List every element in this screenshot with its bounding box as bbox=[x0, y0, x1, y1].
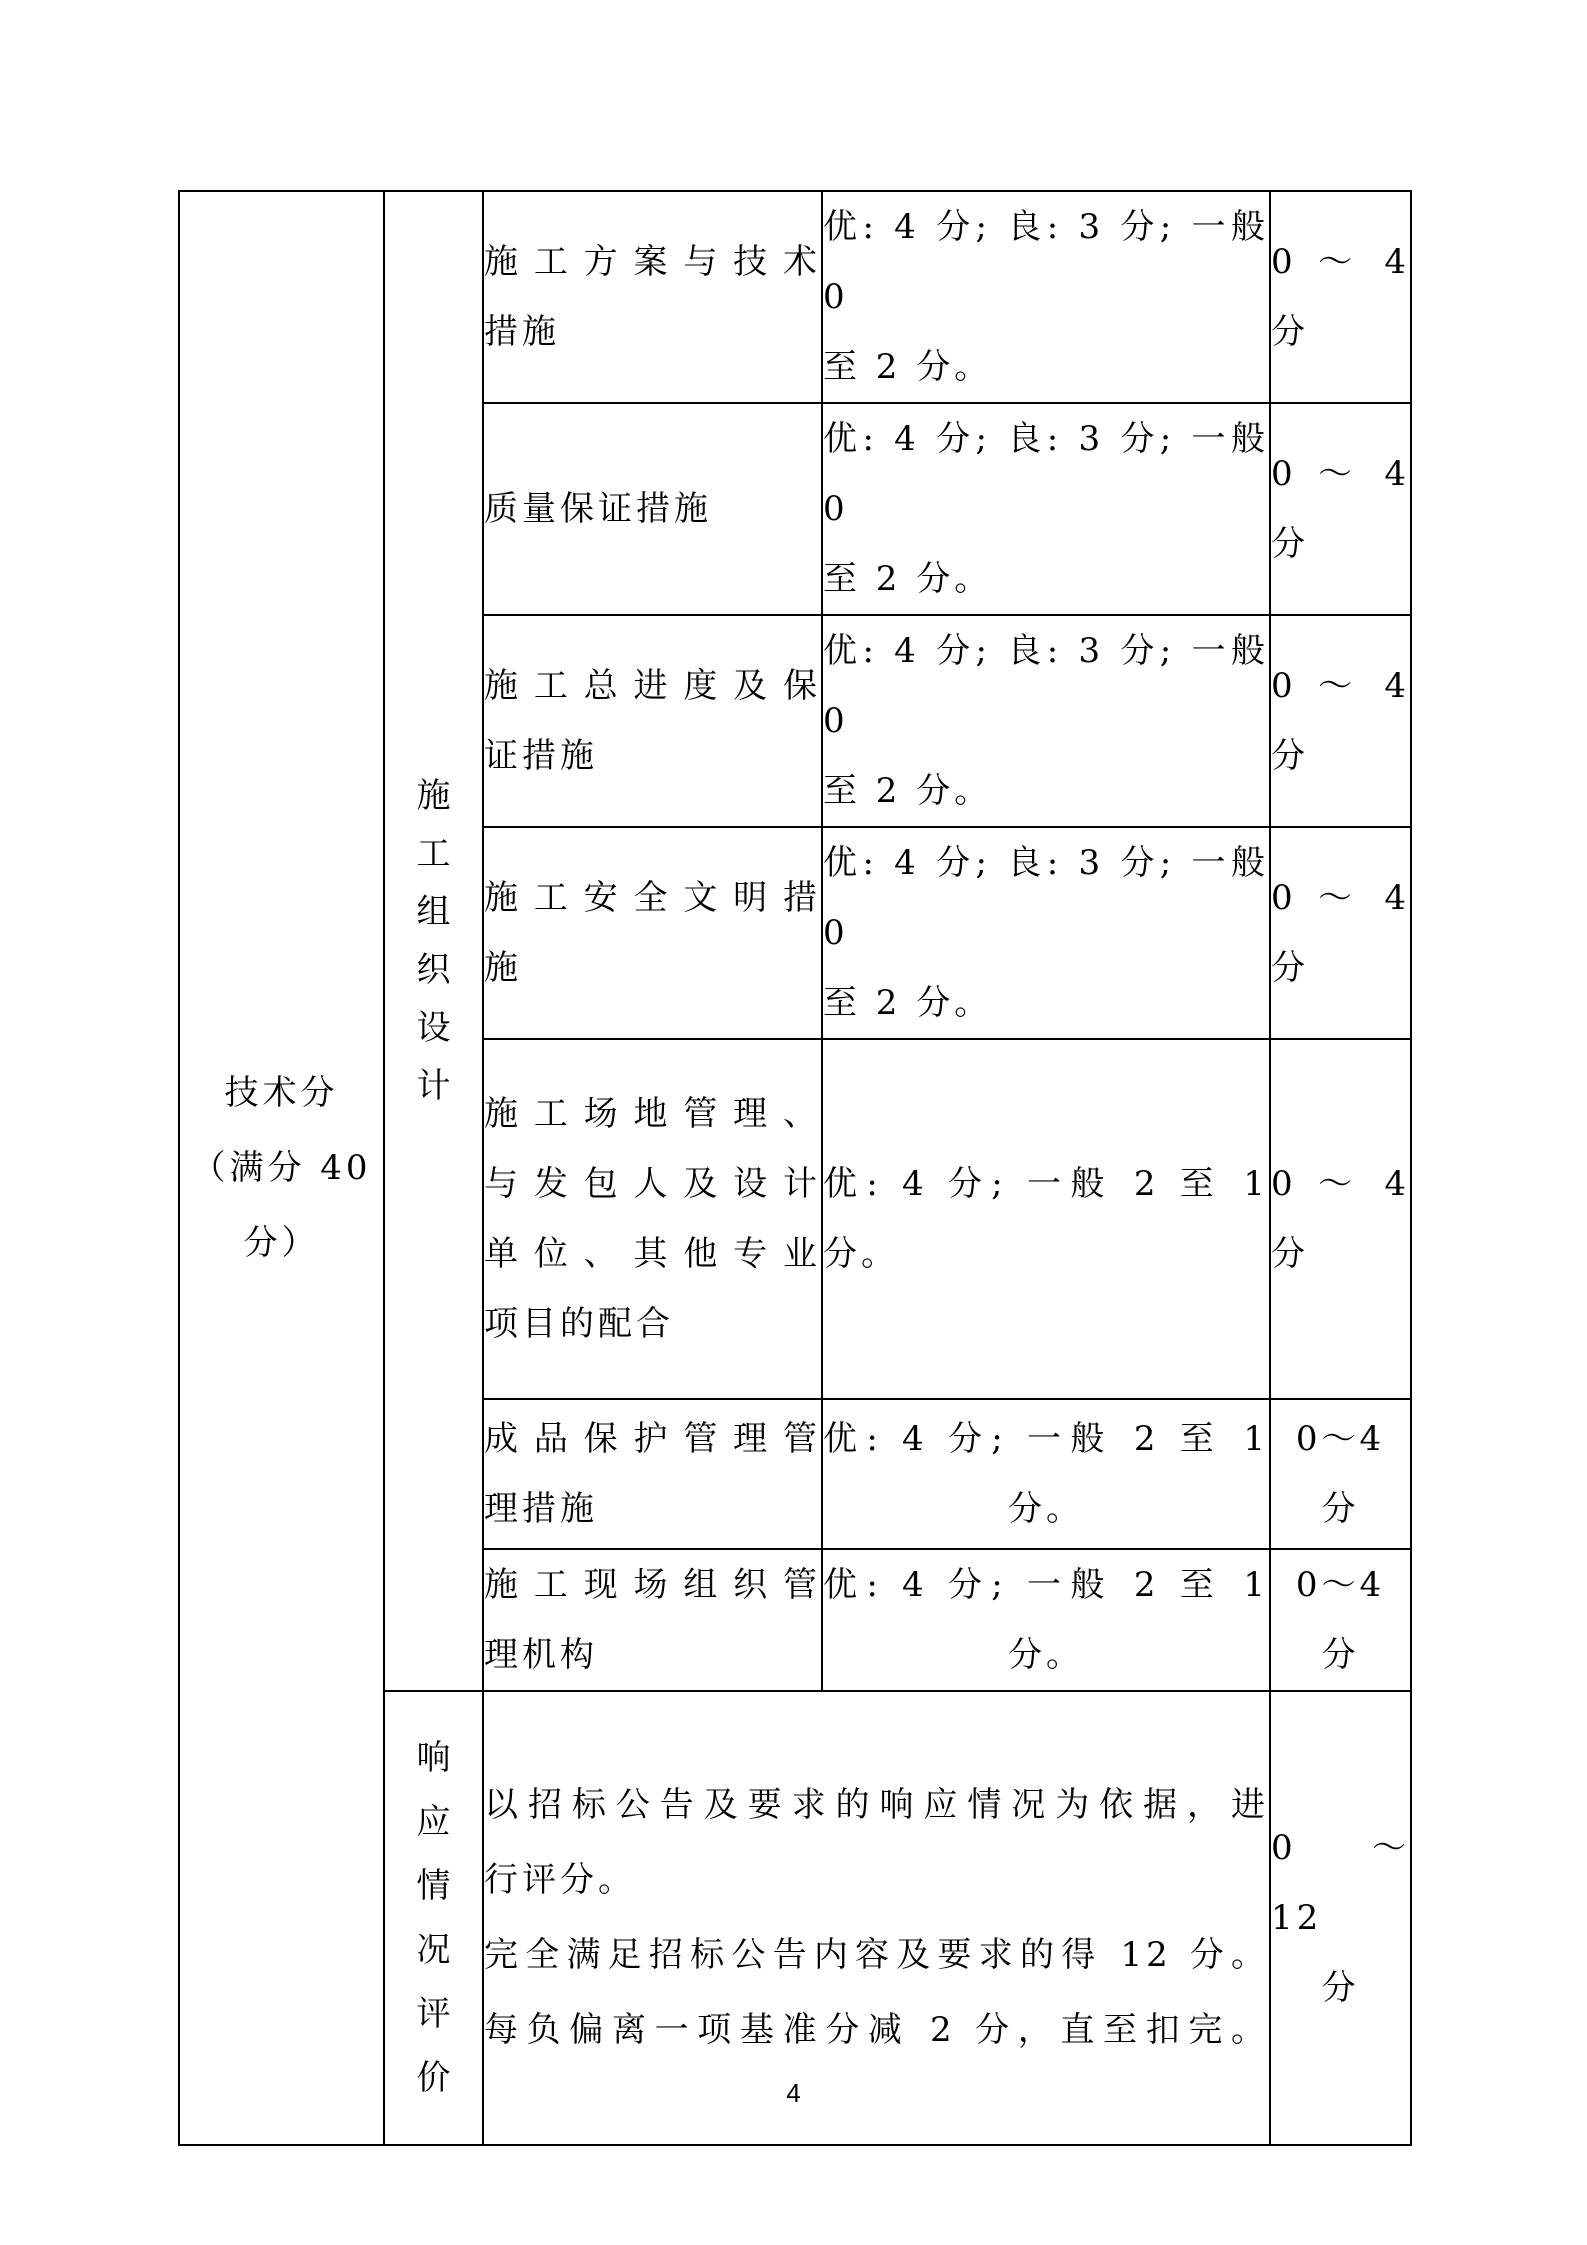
criteria-cell: 优: 4 分; 一般 2 至 1 分。 bbox=[822, 1039, 1270, 1399]
vertical-char: 设 bbox=[385, 999, 482, 1057]
score-range-cell: 0 ～ 4 分 bbox=[1270, 827, 1411, 1039]
score-range-cell: 0 ～ 4 分 bbox=[1270, 1039, 1411, 1399]
score-range-cell: 0～4 分 bbox=[1270, 1399, 1411, 1549]
cell-line: 0 ～ 4 bbox=[1271, 439, 1410, 509]
cell-line: 优: 4 分; 一般 2 至 1 bbox=[823, 1550, 1269, 1620]
cell-line: 施工方案与技术 bbox=[484, 227, 821, 297]
vertical-char: 应 bbox=[385, 1790, 482, 1854]
cell-line: 理机构 bbox=[484, 1620, 821, 1690]
cell-line: 完全满足招标公告内容及要求的得 12 分。 bbox=[484, 1918, 1269, 1993]
cell-line: 技术分 bbox=[180, 1056, 383, 1131]
cell-line: 分。 bbox=[823, 1620, 1269, 1690]
cell-line: 分 bbox=[1271, 1219, 1410, 1289]
cell-line: 0 ～ 4 bbox=[1271, 1149, 1410, 1219]
cell-line: 分 bbox=[1271, 509, 1410, 579]
cell-line: 0～4 bbox=[1271, 1550, 1410, 1620]
cell-line: 质量保证措施 bbox=[484, 474, 821, 544]
vertical-char: 评 bbox=[385, 1982, 482, 2046]
item-cell: 施工场地管理、 与发包人及设计 单位、其他专业 项目的配合 bbox=[483, 1039, 822, 1399]
cell-line: 至 2 分。 bbox=[823, 332, 1269, 402]
document-page: { "page": { "number": "4" }, "table": { … bbox=[0, 0, 1587, 2245]
criteria-cell: 优: 4 分; 良: 3 分; 一般 0 至 2 分。 bbox=[822, 403, 1270, 615]
cell-line: 分 bbox=[1271, 721, 1410, 791]
cell-line: 优: 4 分; 一般 2 至 1 bbox=[823, 1404, 1269, 1474]
vertical-char: 情 bbox=[385, 1854, 482, 1918]
cell-line: （满分 40 bbox=[180, 1131, 383, 1206]
vertical-char: 况 bbox=[385, 1918, 482, 1982]
cell-line: 每负偏离一项基准分减 2 分，直至扣完。 bbox=[484, 1993, 1269, 2068]
cell-line: 分 bbox=[1271, 1620, 1410, 1690]
cell-line: 0 ～ 12 bbox=[1271, 1813, 1410, 1953]
page-number: 4 bbox=[0, 2078, 1587, 2109]
cell-line: 0 ～ 4 bbox=[1271, 863, 1410, 933]
vertical-char: 计 bbox=[385, 1057, 482, 1115]
cell-line: 优: 4 分; 良: 3 分; 一般 0 bbox=[823, 828, 1269, 968]
criteria-cell: 优: 4 分; 一般 2 至 1 分。 bbox=[822, 1399, 1270, 1549]
cell-line: 分 bbox=[1271, 933, 1410, 1003]
cell-line: 分 bbox=[1271, 1953, 1410, 2023]
cell-line: 单位、其他专业 bbox=[484, 1219, 821, 1289]
scoring-table: 技术分 （满分 40 分） 施 工 组 织 设 计 施工方案与技术 措施 优: … bbox=[178, 190, 1412, 2146]
cell-line: 至 2 分。 bbox=[823, 544, 1269, 614]
cell-line: 至 2 分。 bbox=[823, 968, 1269, 1038]
cell-line: 理措施 bbox=[484, 1474, 821, 1544]
cell-line: 施工现场组织管 bbox=[484, 1550, 821, 1620]
cell-line: 行评分。 bbox=[484, 1843, 1269, 1918]
criteria-cell: 优: 4 分; 良: 3 分; 一般 0 至 2 分。 bbox=[822, 191, 1270, 403]
item-cell: 施工方案与技术 措施 bbox=[483, 191, 822, 403]
cell-line: 措施 bbox=[484, 297, 821, 367]
cell-line: 优: 4 分; 良: 3 分; 一般 0 bbox=[823, 192, 1269, 332]
item-cell: 成品保护管理管 理措施 bbox=[483, 1399, 822, 1549]
cell-line: 分） bbox=[180, 1206, 383, 1281]
cell-line: 施工总进度及保 bbox=[484, 651, 821, 721]
section-cell-construction-org-design: 施 工 组 织 设 计 bbox=[384, 191, 483, 1691]
item-cell: 施工总进度及保 证措施 bbox=[483, 615, 822, 827]
vertical-char: 施 bbox=[385, 767, 482, 825]
cell-line: 分 bbox=[1271, 1474, 1410, 1544]
cell-line: 分。 bbox=[823, 1474, 1269, 1544]
cell-line: 优: 4 分; 一般 2 至 1 bbox=[823, 1149, 1269, 1219]
table-row: 技术分 （满分 40 分） 施 工 组 织 设 计 施工方案与技术 措施 优: … bbox=[179, 191, 1411, 403]
cell-line: 优: 4 分; 良: 3 分; 一般 0 bbox=[823, 616, 1269, 756]
vertical-char: 组 bbox=[385, 883, 482, 941]
cell-line: 0 ～ 4 bbox=[1271, 227, 1410, 297]
cell-line: 优: 4 分; 良: 3 分; 一般 0 bbox=[823, 404, 1269, 544]
cell-line: 分 bbox=[1271, 297, 1410, 367]
cell-line: 项目的配合 bbox=[484, 1289, 821, 1359]
cell-line: 分。 bbox=[823, 1219, 1269, 1289]
cell-line: 施 bbox=[484, 933, 821, 1003]
cell-line: 成品保护管理管 bbox=[484, 1404, 821, 1474]
cell-line: 0～4 bbox=[1271, 1404, 1410, 1474]
cell-line: 以招标公告及要求的响应情况为依据，进 bbox=[484, 1768, 1269, 1843]
category-cell-technical-score: 技术分 （满分 40 分） bbox=[179, 191, 384, 2145]
item-cell: 施工现场组织管 理机构 bbox=[483, 1549, 822, 1691]
score-range-cell: 0 ～ 12 分 bbox=[1270, 1691, 1411, 2145]
cell-line: 至 2 分。 bbox=[823, 756, 1269, 826]
cell-line: 施工安全文明措 bbox=[484, 863, 821, 933]
criteria-cell: 优: 4 分; 良: 3 分; 一般 0 至 2 分。 bbox=[822, 615, 1270, 827]
criteria-cell: 优: 4 分; 良: 3 分; 一般 0 至 2 分。 bbox=[822, 827, 1270, 1039]
score-range-cell: 0 ～ 4 分 bbox=[1270, 615, 1411, 827]
item-cell: 质量保证措施 bbox=[483, 403, 822, 615]
vertical-char: 织 bbox=[385, 941, 482, 999]
score-range-cell: 0 ～ 4 分 bbox=[1270, 191, 1411, 403]
vertical-char: 响 bbox=[385, 1726, 482, 1790]
cell-line: 证措施 bbox=[484, 721, 821, 791]
criteria-cell: 优: 4 分; 一般 2 至 1 分。 bbox=[822, 1549, 1270, 1691]
score-range-cell: 0 ～ 4 分 bbox=[1270, 403, 1411, 615]
item-cell: 施工安全文明措 施 bbox=[483, 827, 822, 1039]
vertical-char: 工 bbox=[385, 825, 482, 883]
score-range-cell: 0～4 分 bbox=[1270, 1549, 1411, 1691]
response-text-cell: 以招标公告及要求的响应情况为依据，进 行评分。 完全满足招标公告内容及要求的得 … bbox=[483, 1691, 1270, 2145]
section-cell-response-evaluation: 响 应 情 况 评 价 bbox=[384, 1691, 483, 2145]
cell-line: 与发包人及设计 bbox=[484, 1149, 821, 1219]
cell-line: 0 ～ 4 bbox=[1271, 651, 1410, 721]
cell-line: 施工场地管理、 bbox=[484, 1079, 821, 1149]
